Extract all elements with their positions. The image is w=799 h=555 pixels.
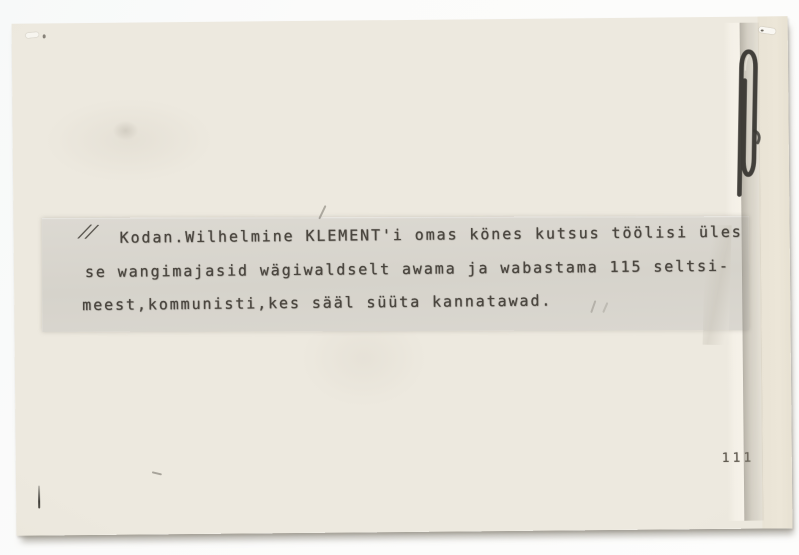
photo-smudge [112, 121, 138, 141]
photograph: // Kodan.Wilhelmine KLEMENT'i omas könes… [12, 16, 793, 535]
photo-blemish-top-left [25, 32, 38, 38]
scan-background: // Kodan.Wilhelmine KLEMENT'i omas könes… [0, 0, 799, 555]
photo-blemish-bottom-left [38, 485, 40, 508]
photo-blemish-dash [152, 471, 162, 475]
paper-clip-icon [731, 46, 766, 201]
note-strip-fold [703, 225, 732, 346]
photo-scratch-top-right-dot [761, 30, 764, 32]
photo-blemish-top-left-dot [43, 34, 46, 38]
